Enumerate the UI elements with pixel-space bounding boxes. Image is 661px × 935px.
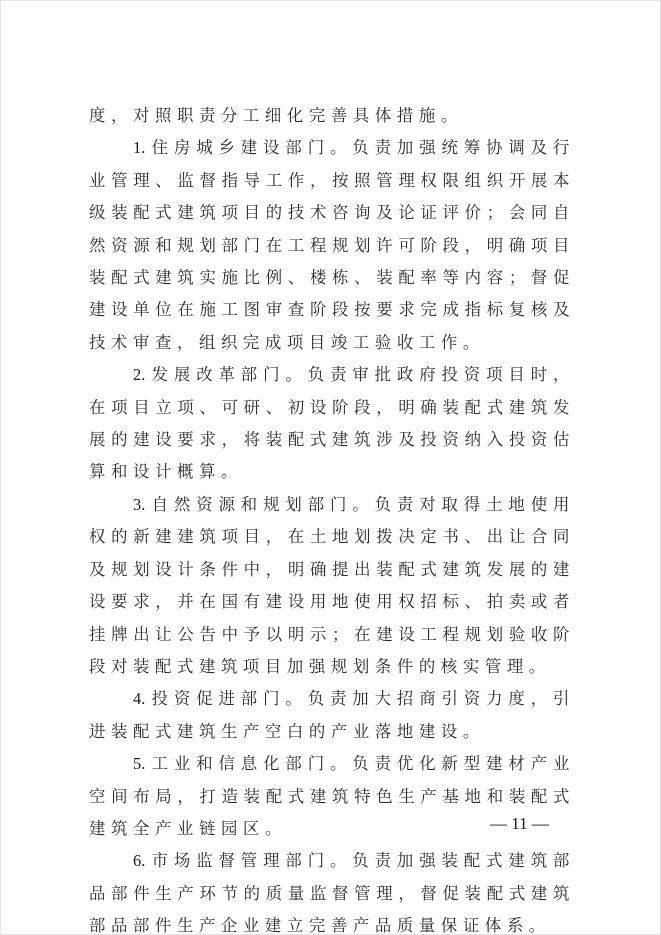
- list-item-4: 4.投资促进部门。负责加大招商引资力度，引进装配式建筑生产空白的产业落地建设。: [89, 683, 575, 748]
- item-number: 4.: [133, 689, 145, 708]
- item-text: 自然资源和规划部门。负责对取得土地使用权的新建建筑项目，在土地划拨决定书、出让合…: [89, 495, 575, 676]
- item-text: 住房城乡建设部门。负责加强统筹协调及行业管理、监督指导工作，按照管理权限组织开展…: [89, 138, 575, 351]
- item-text: 投资促进部门。负责加大招商引资力度，引进装配式建筑生产空白的产业落地建设。: [89, 689, 575, 740]
- page-number: — 11 —: [490, 812, 560, 836]
- intro-continuation: 度，对照职责分工细化完善具体措施。: [89, 100, 575, 132]
- item-text: 市场监督管理部门。负责加强装配式建筑部品部件生产环节的质量监督管理，督促装配式建…: [89, 851, 575, 935]
- document-page: 度，对照职责分工细化完善具体措施。 1.住房城乡建设部门。负责加强统筹协调及行业…: [0, 0, 661, 935]
- list-item-3: 3.自然资源和规划部门。负责对取得土地使用权的新建建筑项目，在土地划拨决定书、出…: [89, 489, 575, 683]
- list-item-6: 6.市场监督管理部门。负责加强装配式建筑部品部件生产环节的质量监督管理，督促装配…: [89, 845, 575, 935]
- item-number: 2.: [133, 365, 145, 384]
- list-item-1: 1.住房城乡建设部门。负责加强统筹协调及行业管理、监督指导工作，按照管理权限组织…: [89, 132, 575, 359]
- item-number: 6.: [133, 851, 145, 870]
- document-body: 度，对照职责分工细化完善具体措施。 1.住房城乡建设部门。负责加强统筹协调及行业…: [89, 100, 575, 935]
- item-text: 发展改革部门。负责审批政府投资项目时，在项目立项、可研、初设阶段，明确装配式建筑…: [89, 365, 575, 481]
- item-number: 5.: [133, 754, 145, 773]
- item-number: 1.: [133, 138, 145, 157]
- item-number: 3.: [133, 495, 145, 514]
- list-item-2: 2.发展改革部门。负责审批政府投资项目时，在项目立项、可研、初设阶段，明确装配式…: [89, 359, 575, 489]
